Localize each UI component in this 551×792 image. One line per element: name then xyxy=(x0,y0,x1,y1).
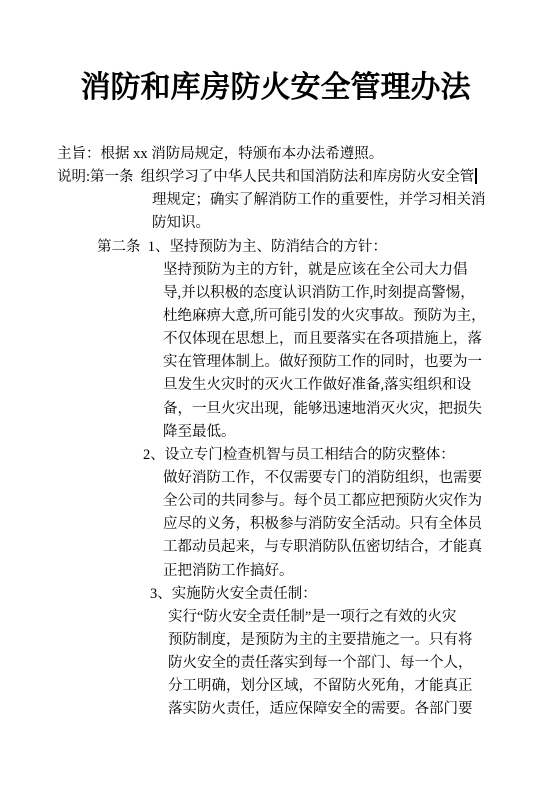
text-line-content: 防知识。 xyxy=(152,215,210,231)
text-line-content: 坚持预防为主的方针，就是应该在全公司大力倡 xyxy=(163,262,468,278)
text-line[interactable]: 坚持预防为主的方针，就是应该在全公司大力倡 xyxy=(163,259,551,282)
text-line-content: 预防制度，是预防为主的主要措施之一。只有将 xyxy=(168,632,473,648)
text-line[interactable]: 杜绝麻痹大意,所可能引发的火灾事故。预防为主， xyxy=(163,305,551,328)
text-line[interactable]: 预防制度，是预防为主的主要措施之一。只有将 xyxy=(168,629,551,652)
text-cursor xyxy=(475,168,477,184)
text-line-content: 做好消防工作，不仅需要专门的消防组织，也需要 xyxy=(163,470,482,486)
text-line-content: 应尽的义务，积极参与消防安全活动。只有全体员 xyxy=(163,516,482,532)
text-line[interactable]: 应尽的义务，积极参与消防安全活动。只有全体员 xyxy=(163,513,551,536)
text-line-content: 实行“防火安全责任制”是一项行之有效的火灾 xyxy=(168,609,456,625)
text-line[interactable]: 备，一旦火灾出现，能够迅速地消灭火灾，把损失 xyxy=(163,398,551,421)
text-line[interactable]: 防知识。 xyxy=(152,212,551,235)
text-line[interactable]: 实在管理体制上。做好预防工作的同时，也要为一 xyxy=(163,351,551,374)
text-line[interactable]: 防火安全的责任落实到每一个部门、每一个人， xyxy=(168,652,551,675)
text-line-content: 第二条 1、坚持预防为主、防消结合的方针： xyxy=(97,239,387,255)
text-line-content: 3、实施防火安全责任制： xyxy=(150,586,317,602)
text-line-content: 旦发生火灾时的灭火工作做好准备,落实组织和设 xyxy=(163,377,471,393)
text-line[interactable]: 分工明确，划分区域，不留防火死角，才能真正 xyxy=(168,675,551,698)
text-line[interactable]: 工都动员起来，与专职消防队伍密切结合，才能真 xyxy=(163,536,551,559)
text-line-content: 理规定；确实了解消防工作的重要性，并学习相关消 xyxy=(152,192,486,208)
text-line-content: 实在管理体制上。做好预防工作的同时，也要为一 xyxy=(163,354,482,370)
text-line-content: 正把消防工作搞好。 xyxy=(163,563,294,579)
text-line-content: 工都动员起来，与专职消防队伍密切结合，才能真 xyxy=(163,539,482,555)
text-line-content: 导,并以积极的态度认识消防工作,时刻提高警惕， xyxy=(163,285,475,301)
text-line[interactable]: 全公司的共同参与。每个员工都应把预防火灾作为 xyxy=(163,490,551,513)
text-line-content: 杜绝麻痹大意,所可能引发的火灾事故。预防为主， xyxy=(163,308,486,324)
text-line-content: 分工明确，划分区域，不留防火死角，才能真正 xyxy=(168,678,473,694)
text-line[interactable]: 主旨：根据 xx 消防局规定，特颁布本办法希遵照。 xyxy=(57,143,551,166)
text-line[interactable]: 落实防火责任，适应保障安全的需要。各部门要 xyxy=(168,698,551,721)
text-line-content: 落实防火责任，适应保障安全的需要。各部门要 xyxy=(168,701,473,717)
text-line[interactable]: 第二条 1、坚持预防为主、防消结合的方针： xyxy=(97,236,551,259)
text-line-content: 主旨：根据 xx 消防局规定，特颁布本办法希遵照。 xyxy=(57,146,383,162)
text-line[interactable]: 实行“防火安全责任制”是一项行之有效的火灾 xyxy=(168,606,551,629)
text-line[interactable]: 理规定；确实了解消防工作的重要性，并学习相关消 xyxy=(152,189,551,212)
text-line[interactable]: 正把消防工作搞好。 xyxy=(163,560,551,583)
text-line-content: 2、设立专门检查机智与员工相结合的防灾整体： xyxy=(143,447,455,463)
text-line[interactable]: 旦发生火灾时的灭火工作做好准备,落实组织和设 xyxy=(163,374,551,397)
text-line[interactable]: 不仅体现在思想上，而且要落实在各项措施上，落 xyxy=(163,328,551,351)
document-page: 消防和库房防火安全管理办法 主旨：根据 xx 消防局规定，特颁布本办法希遵照。说… xyxy=(0,0,551,792)
text-line[interactable]: 降至最低。 xyxy=(163,421,551,444)
text-line-content: 防火安全的责任落实到每一个部门、每一个人， xyxy=(168,655,473,671)
document-body[interactable]: 主旨：根据 xx 消防局规定，特颁布本办法希遵照。说明:第一条 组织学习了中华人… xyxy=(57,143,551,722)
text-line-content: 备，一旦火灾出现，能够迅速地消灭火灾，把损失 xyxy=(163,401,482,417)
text-line-content: 不仅体现在思想上，而且要落实在各项措施上，落 xyxy=(163,331,482,347)
text-line[interactable]: 3、实施防火安全责任制： xyxy=(150,583,551,606)
text-line-content: 全公司的共同参与。每个员工都应把预防火灾作为 xyxy=(163,493,482,509)
text-line[interactable]: 说明:第一条 组织学习了中华人民共和国消防法和库房防火安全管 xyxy=(57,166,551,189)
document-title: 消防和库房防火安全管理办法 xyxy=(0,0,551,107)
text-line[interactable]: 2、设立专门检查机智与员工相结合的防灾整体： xyxy=(143,444,551,467)
text-line[interactable]: 导,并以积极的态度认识消防工作,时刻提高警惕， xyxy=(163,282,551,305)
text-line-content: 降至最低。 xyxy=(163,424,236,440)
text-line-content: 说明:第一条 组织学习了中华人民共和国消防法和库房防火安全管 xyxy=(57,169,474,185)
text-line[interactable]: 做好消防工作，不仅需要专门的消防组织，也需要 xyxy=(163,467,551,490)
